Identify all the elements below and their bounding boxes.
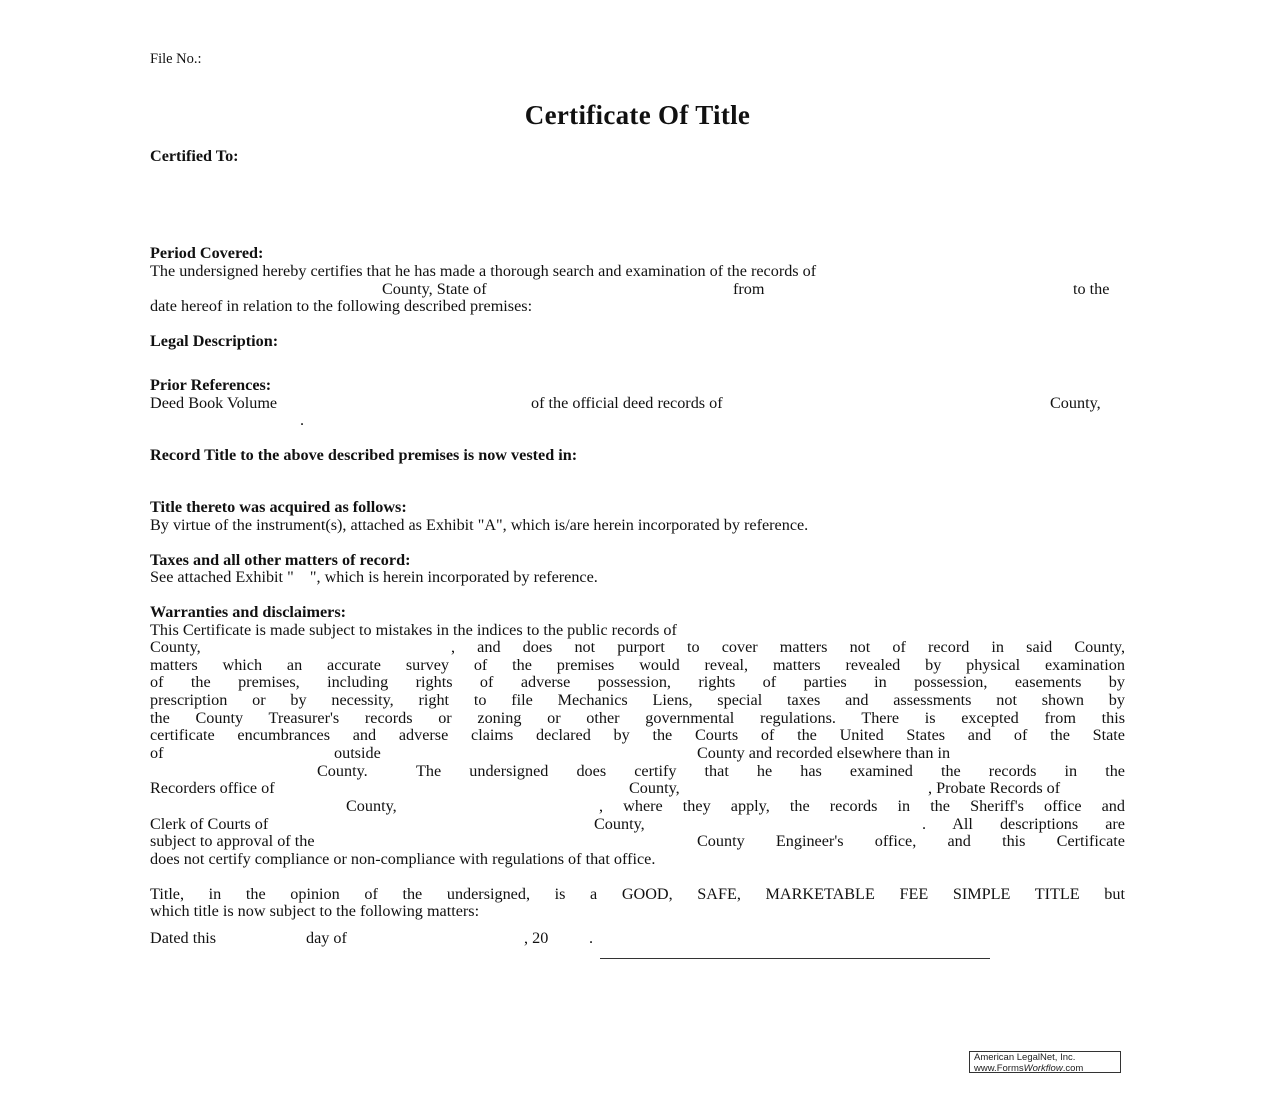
warranties-line13-engineer: County Engineer's office, and this Certi…: [697, 832, 1125, 850]
record-title-heading: Record Title to the above described prem…: [150, 446, 577, 464]
publisher-badge: American LegalNet, Inc. www.FormsWorkflo…: [969, 1051, 1121, 1073]
opinion-line1: Title, in the opinion of the undersigned…: [150, 885, 1125, 903]
warranties-heading: Warranties and disclaimers:: [150, 603, 346, 621]
period-covered-line1: The undersigned hereby certifies that he…: [150, 262, 816, 280]
warranties-line10-probate: , Probate Records of: [928, 779, 1060, 797]
warranties-line10-county: County,: [629, 779, 680, 797]
official-deed-records: of the official deed records of: [531, 394, 723, 412]
warranties-line9-county: County.: [317, 762, 368, 780]
warranties-line12-county: County,: [594, 815, 645, 833]
warranties-line9-rest: The undersigned does certify that he has…: [416, 762, 1125, 780]
file-no-label: File No.:: [150, 50, 202, 68]
period-covered-line3: date hereof in relation to the following…: [150, 297, 532, 315]
period-from: from: [733, 280, 764, 298]
warranties-line3: matters which an accurate survey of the …: [150, 656, 1125, 674]
legal-description-heading: Legal Description:: [150, 332, 278, 350]
warranties-line2-rest: , and does not purport to cover matters …: [451, 638, 1125, 656]
taxes-heading: Taxes and all other matters of record:: [150, 551, 410, 569]
page-title: Certificate Of Title: [0, 100, 1275, 130]
warranties-line1: This Certificate is made subject to mist…: [150, 621, 677, 639]
title-acquired-heading: Title thereto was acquired as follows:: [150, 498, 407, 516]
prior-period: .: [300, 411, 304, 429]
warranties-line8-of: of: [150, 744, 163, 762]
warranties-line2-county: County,: [150, 638, 201, 656]
signature-line: [600, 958, 990, 959]
warranties-line6: the County Treasurer's records or zoning…: [150, 709, 1125, 727]
prior-references-heading: Prior References:: [150, 376, 271, 394]
warranties-line13-subject: subject to approval of the: [150, 832, 315, 850]
period-to-the: to the: [1073, 280, 1109, 298]
warranties-line10-recorders: Recorders office of: [150, 779, 275, 797]
opinion-line2: which title is now subject to the follow…: [150, 902, 479, 920]
deed-book-volume: Deed Book Volume: [150, 394, 277, 412]
prior-county: County,: [1050, 394, 1101, 412]
warranties-line11-county: County,: [346, 797, 397, 815]
day-of-label: day of: [306, 929, 347, 947]
period-county-state: County, State of: [382, 280, 487, 298]
publisher-url: www.FormsWorkflow.com: [974, 1064, 1116, 1075]
warranties-line5: prescription or by necessity, right to f…: [150, 691, 1125, 709]
warranties-line12-clerk: Clerk of Courts of: [150, 815, 268, 833]
taxes-text: See attached Exhibit " ", which is herei…: [150, 568, 598, 586]
publisher-url-suffix: .com: [1063, 1063, 1084, 1074]
year-prefix-label: , 20: [524, 929, 548, 947]
warranties-line8-outside: outside: [334, 744, 381, 762]
warranties-line7: certificate encumbrances and adverse cla…: [150, 726, 1125, 744]
dated-period: .: [589, 929, 593, 947]
warranties-line14: does not certify compliance or non-compl…: [150, 850, 655, 868]
title-acquired-text: By virtue of the instrument(s), attached…: [150, 516, 808, 534]
warranties-line8-county: County and recorded elsewhere than in: [697, 744, 950, 762]
warranties-line4: of the premises, including rights of adv…: [150, 673, 1125, 691]
warranties-line11-rest: , where they apply, the records in the S…: [599, 797, 1125, 815]
period-covered-heading: Period Covered:: [150, 244, 263, 262]
warranties-line12-descriptions: . All descriptions are: [922, 815, 1125, 833]
certified-to-heading: Certified To:: [150, 147, 239, 165]
publisher-url-italic: Workflow: [1024, 1063, 1063, 1074]
dated-this-label: Dated this: [150, 929, 216, 947]
publisher-url-prefix: www.Forms: [974, 1063, 1024, 1074]
